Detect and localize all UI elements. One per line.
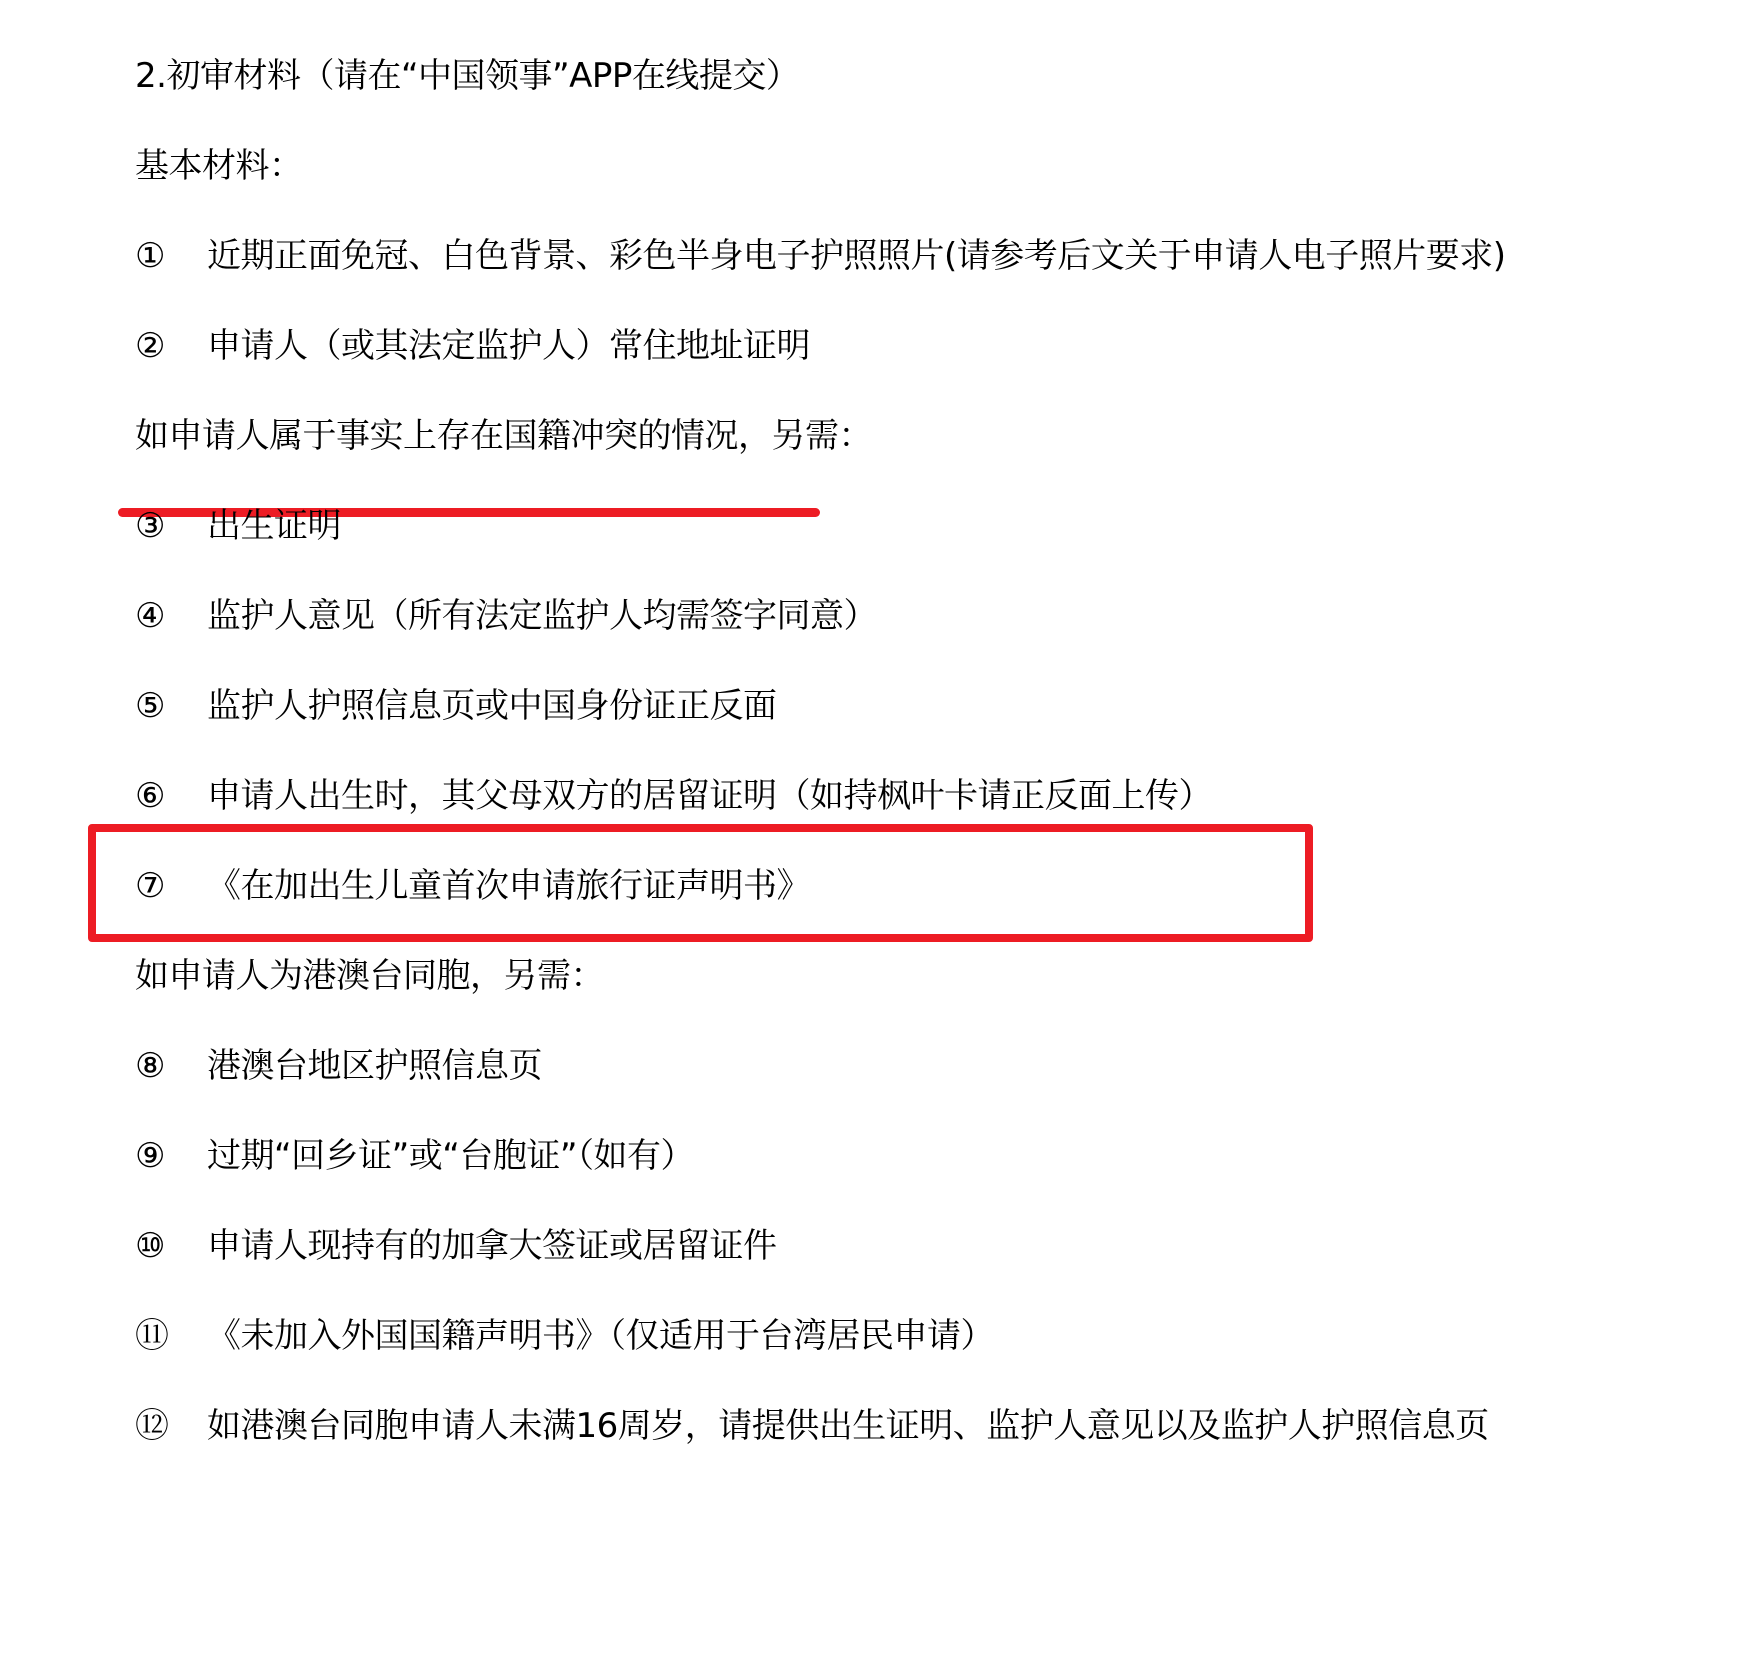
list-item-text: 过期“回乡证”或“台胞证”（如有） — [207, 1126, 694, 1186]
circled-number: ⑩ — [135, 1216, 207, 1276]
circled-number: ⑥ — [135, 766, 207, 826]
list-item-text: 监护人意见（所有法定监护人均需签字同意） — [207, 586, 877, 646]
list-item-11: ⑪《未加入外国国籍声明书》（仅适用于台湾居民申请） — [135, 1306, 994, 1366]
nationality-conflict-heading: 如申请人属于事实上存在国籍冲突的情况，另需： — [135, 406, 872, 466]
section-title: 2.初审材料（请在“中国领事”APP在线提交） — [135, 46, 799, 106]
circled-number: ② — [135, 316, 207, 376]
list-item-text: 申请人（或其法定监护人）常住地址证明 — [207, 316, 810, 376]
list-item-10: ⑩申请人现持有的加拿大签证或居留证件 — [135, 1216, 777, 1276]
list-item-text: 港澳台地区护照信息页 — [207, 1036, 542, 1096]
circled-number: ① — [135, 226, 207, 286]
list-item-text: 《在加出生儿童首次申请旅行证声明书》 — [207, 856, 810, 916]
list-item-5: ⑤监护人护照信息页或中国身份证正反面 — [135, 676, 777, 736]
list-item-text: 申请人出生时，其父母双方的居留证明（如持枫叶卡请正反面上传） — [207, 766, 1212, 826]
list-item-text: 如港澳台同胞申请人未满16周岁，请提供出生证明、监护人意见以及监护人护照信息页 — [207, 1396, 1489, 1456]
list-item-text: 出生证明 — [207, 496, 341, 556]
list-item-text: 申请人现持有的加拿大签证或居留证件 — [207, 1216, 777, 1276]
basic-materials-heading: 基本材料： — [135, 136, 303, 196]
circled-number: ③ — [135, 496, 207, 556]
list-item-1: ①近期正面免冠、白色背景、彩色半身电子护照照片(请参考后文关于申请人电子照片要求… — [135, 226, 1506, 286]
list-item-12: ⑫如港澳台同胞申请人未满16周岁，请提供出生证明、监护人意见以及监护人护照信息页 — [135, 1396, 1489, 1456]
list-item-8: ⑧港澳台地区护照信息页 — [135, 1036, 542, 1096]
list-item-7: ⑦《在加出生儿童首次申请旅行证声明书》 — [135, 856, 810, 916]
circled-number: ④ — [135, 586, 207, 646]
list-item-6: ⑥申请人出生时，其父母双方的居留证明（如持枫叶卡请正反面上传） — [135, 766, 1212, 826]
circled-number: ⑧ — [135, 1036, 207, 1096]
circled-number: ⑪ — [135, 1306, 207, 1366]
circled-number: ⑨ — [135, 1126, 207, 1186]
circled-number: ⑫ — [135, 1396, 207, 1456]
circled-number: ⑤ — [135, 676, 207, 736]
list-item-text: 近期正面免冠、白色背景、彩色半身电子护照照片(请参考后文关于申请人电子照片要求) — [207, 226, 1506, 286]
list-item-3: ③出生证明 — [135, 496, 341, 556]
list-item-4: ④监护人意见（所有法定监护人均需签字同意） — [135, 586, 877, 646]
circled-number: ⑦ — [135, 856, 207, 916]
list-item-text: 监护人护照信息页或中国身份证正反面 — [207, 676, 777, 736]
list-item-9: ⑨过期“回乡证”或“台胞证”（如有） — [135, 1126, 694, 1186]
list-item-text: 《未加入外国国籍声明书》（仅适用于台湾居民申请） — [207, 1306, 994, 1366]
list-item-2: ②申请人（或其法定监护人）常住地址证明 — [135, 316, 810, 376]
hmt-compatriots-heading: 如申请人为港澳台同胞，另需： — [135, 946, 604, 1006]
